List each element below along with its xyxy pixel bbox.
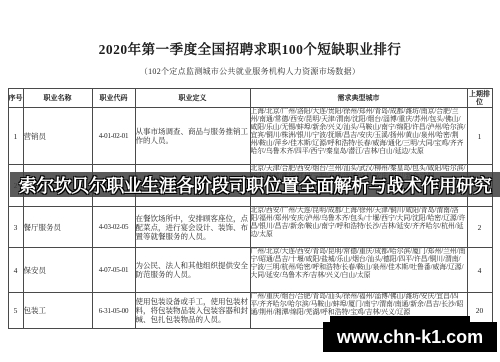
col-header-rank: 序号 xyxy=(8,89,23,108)
watermark-text: www.chn-k1.com xyxy=(337,327,483,348)
cell-definition: 从事市场调查、商品与服务推销工作的人员。 xyxy=(135,108,250,165)
cell-occupation-code: 6-31-05-00 xyxy=(92,293,135,329)
cell-occupation-name: 营销员 xyxy=(23,108,92,165)
watermark-badge: www.chn-k1.com xyxy=(323,322,497,352)
cell-previous-rank: 2 xyxy=(467,207,492,248)
cell-occupation-code: 4-01-02-01 xyxy=(92,108,135,165)
cell-rank: 1 xyxy=(8,108,23,165)
col-header-demand-cities: 需求典型城市 xyxy=(250,89,467,108)
cell-rank: 3 xyxy=(8,207,23,248)
page-subtitle: （102个定点监测城市公共就业服务机构人力资源市场数据） xyxy=(0,66,500,77)
col-header-occupation-code: 职业代码 xyxy=(92,89,135,108)
cell-definition: 使用包装设备或手工，使用包装材料，将包装物品装入包装容器和封缄、包扎包装物品的人… xyxy=(135,293,250,329)
overlay-caption-text: 索尔坎贝尔职业生涯各阶段司职位置全面解析与战术作用研究 xyxy=(19,172,492,198)
cell-demand-cities: 上海/北京/广州/洛阳/大连/贵阳/徐州/郑州/青岛/成都/潍坊/南京/合肥/兰… xyxy=(250,108,467,165)
cell-demand-cities: 北京/西安/广州/大连/昆明/成都/上海/徐州/天津/铜川/咸阳/青岛/渭南/洛… xyxy=(250,207,467,248)
cell-definition: 为公民、法人和其他组织提供安全防范服务的人员。 xyxy=(135,248,250,293)
cell-previous-rank: 4 xyxy=(467,248,492,293)
table-row: 4 保安员 4-07-05-01 为公民、法人和其他组织提供安全防范服务的人员。… xyxy=(8,248,492,293)
cell-rank: 4 xyxy=(8,248,23,293)
cell-previous-rank: 1 xyxy=(467,108,492,165)
shortage-occupation-table: 序号 职业名称 职业代码 职业定义 需求典型城市 上期排位 1 营销员 4-01… xyxy=(8,88,493,329)
cell-occupation-code: 4-07-05-01 xyxy=(92,248,135,293)
overlay-caption-band: 索尔坎贝尔职业生涯各阶段司职位置全面解析与战术作用研究 xyxy=(10,172,500,197)
table-row: 1 营销员 4-01-02-01 从事市场调查、商品与服务推销工作的人员。 上海… xyxy=(8,108,492,165)
col-header-previous-rank: 上期排位 xyxy=(467,89,492,108)
table-row: 3 餐厅服务员 4-03-02-05 在餐饮场所中，安排顾客座位，点配菜点，进行… xyxy=(8,207,492,248)
table-header-row: 序号 职业名称 职业代码 职业定义 需求典型城市 上期排位 xyxy=(8,89,492,108)
cell-demand-cities: 广州/北京/大连/西安/青岛/昆明/常德/重庆/成都/哈尔滨/厦门/郑州/兰州/… xyxy=(250,248,467,293)
cell-occupation-name: 餐厅服务员 xyxy=(23,207,92,248)
page: 2020年第一季度全国招聘求职100个短缺职业排行 （102个定点监测城市公共就… xyxy=(0,0,500,362)
col-header-definition: 职业定义 xyxy=(135,89,250,108)
col-header-occupation-name: 职业名称 xyxy=(23,89,92,108)
cell-definition: 在餐饮场所中，安排顾客座位，点配菜点，进行宴会设计、装饰、布置等就餐服务的人员。 xyxy=(135,207,250,248)
cell-occupation-name: 包装工 xyxy=(23,293,92,329)
cell-rank: 5 xyxy=(8,293,23,329)
page-title: 2020年第一季度全国招聘求职100个短缺职业排行 xyxy=(0,38,500,58)
cell-occupation-code: 4-03-02-05 xyxy=(92,207,135,248)
cell-occupation-name: 保安员 xyxy=(23,248,92,293)
